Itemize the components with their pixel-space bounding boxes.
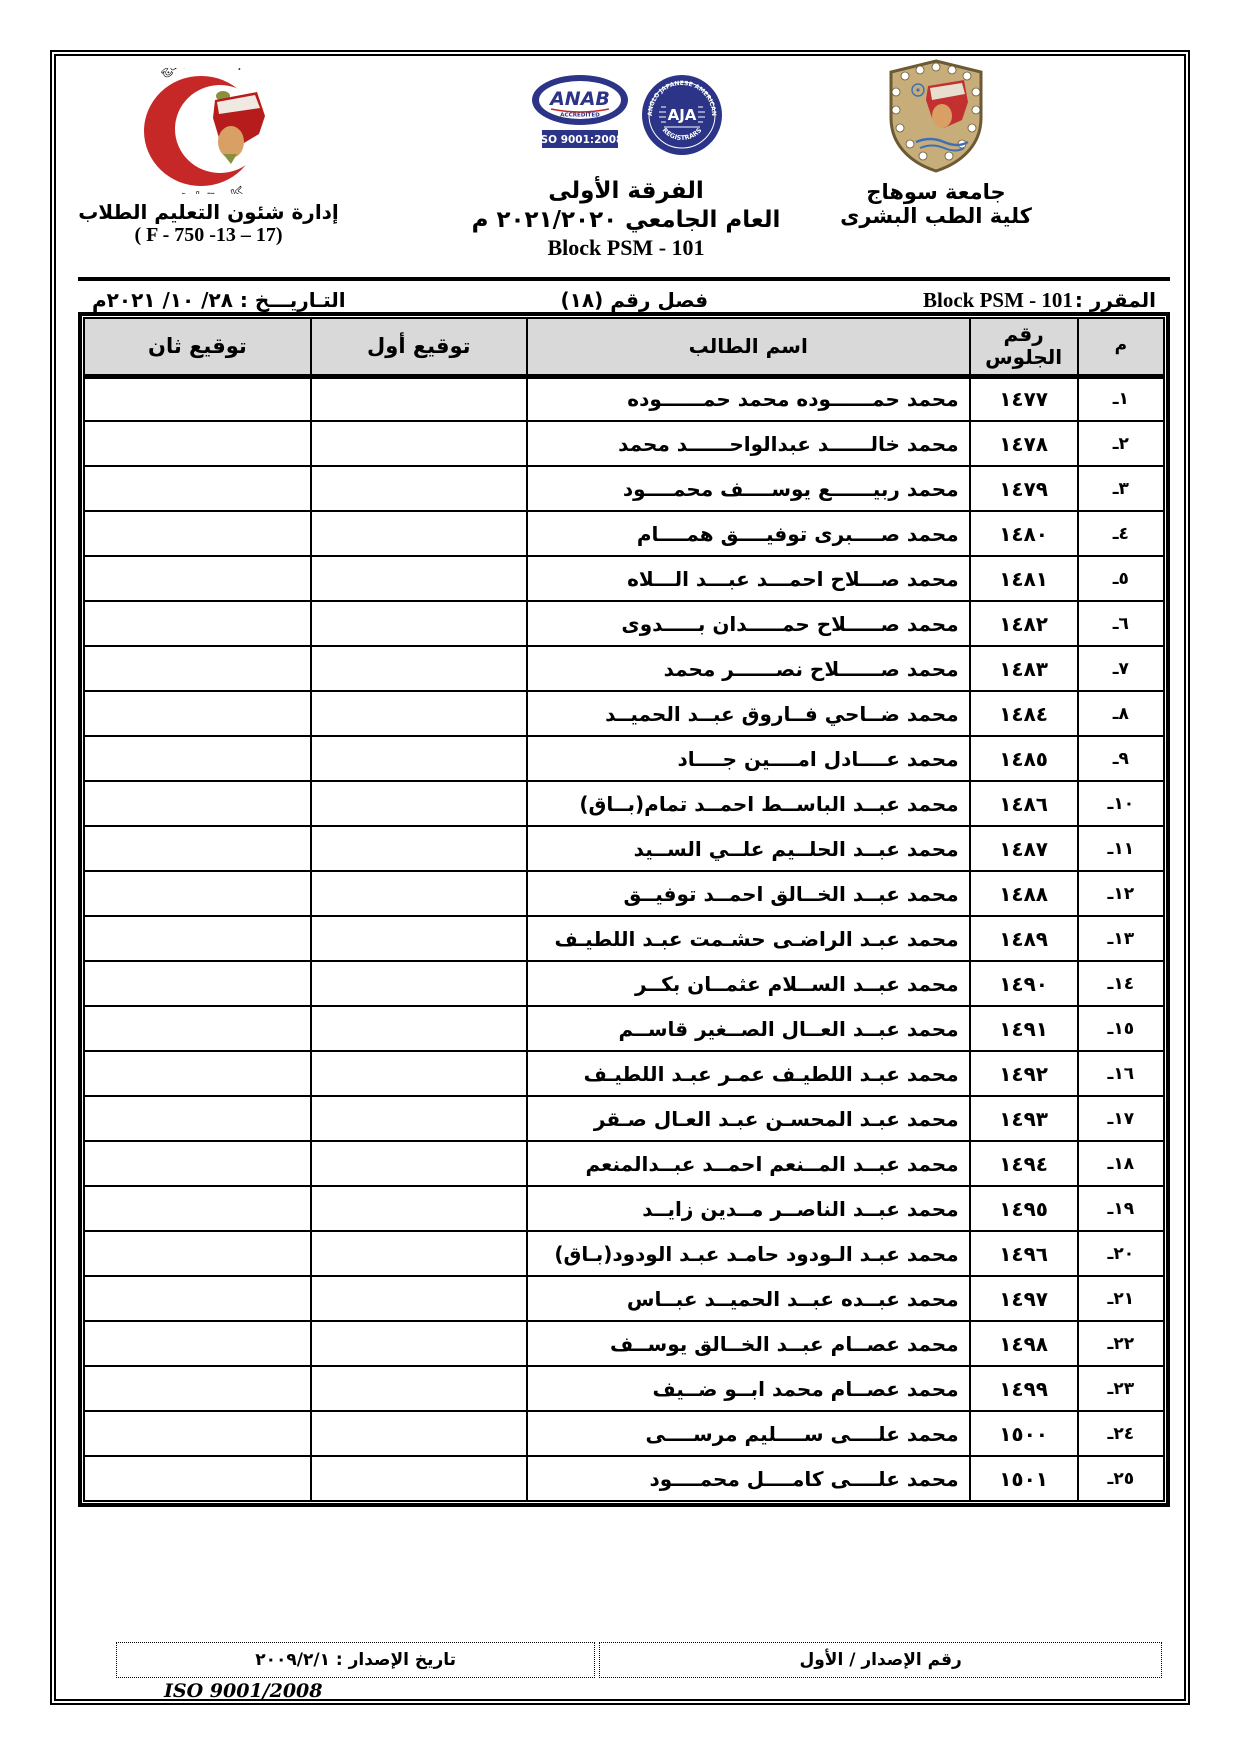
iso-standard-label: ISO 9001/2008 [164, 1680, 322, 1702]
second-signature-cell [84, 1186, 311, 1231]
second-signature-cell [84, 1276, 311, 1321]
row-index: ١٤ـ [1078, 961, 1164, 1006]
row-index: ٣ـ [1078, 466, 1164, 511]
first-signature-cell [311, 1006, 527, 1051]
first-signature-cell [311, 1366, 527, 1411]
col-header-index: م [1078, 318, 1164, 376]
first-signature-cell [311, 1276, 527, 1321]
first-signature-cell [311, 916, 527, 961]
seat-number: ١٥٠١ [970, 1456, 1078, 1501]
second-signature-cell [84, 376, 311, 421]
student-name: محمد عبــد الباســط احمــد تمام(بــاق) [527, 781, 970, 826]
row-index: ٩ـ [1078, 736, 1164, 781]
student-name: محمد علــــى ســــليم مرســــى [527, 1411, 970, 1456]
table-row: ١٢ـ ١٤٨٨ محمد عبــد الخــالق احمــد توفي… [84, 871, 1164, 916]
table-row: ٢٤ـ ١٥٠٠ محمد علــــى ســــليم مرســــى [84, 1411, 1164, 1456]
second-signature-cell [84, 826, 311, 871]
first-signature-cell [311, 601, 527, 646]
page-frame: جامعة سوهاج كلية الطب إدارة شئون التعليم… [50, 50, 1190, 1705]
student-name: محمد عصــام عبــد الخــالق يوســف [527, 1321, 970, 1366]
col-header-name: اسم الطالب [527, 318, 970, 376]
header-center-block: ANAB ACCREDITED ISO 9001:2008 [431, 74, 821, 261]
student-name: محمد ضــاحي فــاروق عبــد الحميــد [527, 691, 970, 736]
table-header-row: م رقم الجلوس اسم الطالب توقيع أول توقيع … [84, 318, 1164, 376]
seat-number: ١٤٩٤ [970, 1141, 1078, 1186]
table-row: ٢ـ ١٤٧٨ محمد خالــــــد عبدالواحــــــد … [84, 421, 1164, 466]
row-index: ٢ـ [1078, 421, 1164, 466]
academic-year: العام الجامعي ٢٠٢١/٢٠٢٠ م [431, 207, 821, 233]
second-signature-cell [84, 1411, 311, 1456]
table-row: ٤ـ ١٤٨٠ محمد صــــبرى توفيــــق همــــام [84, 511, 1164, 556]
department-line: إدارة شئون التعليم الطلاب [56, 200, 361, 224]
table-row: ١٧ـ ١٤٩٣ محمد عبـد المحسـن عبـد العـال ص… [84, 1096, 1164, 1141]
student-name: محمد عبـد الراضـى حشـمت عبـد اللطيـف [527, 916, 970, 961]
student-name: محمد ربيــــــع يوســــف محمــــود [527, 466, 970, 511]
first-signature-cell [311, 376, 527, 421]
student-name: محمد صـــــلاح حمـــــدان بـــــدوى [527, 601, 970, 646]
seat-number: ١٤٩٠ [970, 961, 1078, 1006]
seat-number: ١٤٩١ [970, 1006, 1078, 1051]
seat-number: ١٤٩٥ [970, 1186, 1078, 1231]
row-index: ١٨ـ [1078, 1141, 1164, 1186]
course-field: المقرر : Block PSM - 101 [923, 288, 1156, 313]
row-index: ١٦ـ [1078, 1051, 1164, 1096]
row-index: ٢٠ـ [1078, 1231, 1164, 1276]
seat-number: ١٤٩٨ [970, 1321, 1078, 1366]
row-index: ١٠ـ [1078, 781, 1164, 826]
row-index: ٢٤ـ [1078, 1411, 1164, 1456]
seat-number: ١٤٧٧ [970, 376, 1078, 421]
crescent-logo-bottom-text: كلية الطب [179, 185, 247, 194]
second-signature-cell [84, 511, 311, 556]
seat-number: ١٤٨٥ [970, 736, 1078, 781]
university-name: جامعة سوهاج [776, 180, 1096, 204]
student-name: محمد صــــــلاح نصــــــر محمد [527, 646, 970, 691]
col-header-second-signature: توقيع ثان [84, 318, 311, 376]
student-name: محمد عبــد المــنعم احمــد عبــدالمنعم [527, 1141, 970, 1186]
first-signature-cell [311, 1096, 527, 1141]
first-signature-cell [311, 511, 527, 556]
course-label: المقرر : [1075, 288, 1156, 313]
first-signature-cell [311, 871, 527, 916]
seat-number: ١٤٨٩ [970, 916, 1078, 961]
first-signature-cell [311, 421, 527, 466]
first-signature-cell [311, 961, 527, 1006]
aja-registrars-logo: AJA ANGLO JAPANESE AMERICAN REGISTRARS [641, 74, 723, 156]
first-signature-cell [311, 646, 527, 691]
student-name: محمد عبــد الخــالق احمــد توفيــق [527, 871, 970, 916]
seat-number: ١٤٨٤ [970, 691, 1078, 736]
student-name: محمد عــــادل امــــين جــــاد [527, 736, 970, 781]
table-row: ٢٢ـ ١٤٩٨ محمد عصــام عبــد الخــالق يوسـ… [84, 1321, 1164, 1366]
student-name: محمد عصــام محمد ابــو ضــيف [527, 1366, 970, 1411]
first-signature-cell [311, 781, 527, 826]
seat-number: ١٤٩٦ [970, 1231, 1078, 1276]
row-index: ١١ـ [1078, 826, 1164, 871]
faculty-crescent-logo: جامعة سوهاج كلية الطب [119, 68, 299, 194]
second-signature-cell [84, 1456, 311, 1501]
second-signature-cell [84, 1051, 311, 1096]
second-signature-cell [84, 1366, 311, 1411]
seat-number: ١٤٨٦ [970, 781, 1078, 826]
row-index: ٢٢ـ [1078, 1321, 1164, 1366]
seat-number: ١٤٨٨ [970, 871, 1078, 916]
row-index: ٢٣ـ [1078, 1366, 1164, 1411]
first-signature-cell [311, 1141, 527, 1186]
table-row: ٢٥ـ ١٥٠١ محمد علــــى كامــــل محمــــود [84, 1456, 1164, 1501]
student-name: محمد عبــده عبــد الحميــد عبــاس [527, 1276, 970, 1321]
first-signature-cell [311, 1186, 527, 1231]
certification-logos: ANAB ACCREDITED ISO 9001:2008 [431, 74, 821, 176]
iso-9001-badge: ISO 9001:2008 [537, 134, 624, 146]
table-row: ٢٣ـ ١٤٩٩ محمد عصــام محمد ابــو ضــيف [84, 1366, 1164, 1411]
row-index: ١ـ [1078, 376, 1164, 421]
header-right-block: جامعة سوهاج كلية الطب البشرى [776, 58, 1096, 228]
aja-wordmark: AJA [668, 106, 697, 124]
second-signature-cell [84, 916, 311, 961]
seat-number: ١٤٨٧ [970, 826, 1078, 871]
issue-date-cell: تاريخ الإصدار : ٢٠٠٩/٢/١ [116, 1642, 595, 1678]
row-index: ١٣ـ [1078, 916, 1164, 961]
table-row: ١١ـ ١٤٨٧ محمد عبــد الحلــيم علــي الســ… [84, 826, 1164, 871]
faculty-name: كلية الطب البشرى [776, 204, 1096, 228]
row-index: ١٧ـ [1078, 1096, 1164, 1141]
first-signature-cell [311, 1051, 527, 1096]
row-index: ٤ـ [1078, 511, 1164, 556]
seat-number: ١٤٩٩ [970, 1366, 1078, 1411]
seat-number: ١٤٧٩ [970, 466, 1078, 511]
second-signature-cell [84, 421, 311, 466]
grade-title: الفرقة الأولى [431, 178, 821, 204]
second-signature-cell [84, 736, 311, 781]
second-signature-cell [84, 1096, 311, 1141]
header-left-block: جامعة سوهاج كلية الطب إدارة شئون التعليم… [56, 68, 361, 247]
table-row: ٧ـ ١٤٨٣ محمد صــــــلاح نصــــــر محمد [84, 646, 1164, 691]
attendance-table: م رقم الجلوس اسم الطالب توقيع أول توقيع … [78, 312, 1170, 1507]
first-signature-cell [311, 1231, 527, 1276]
second-signature-cell [84, 646, 311, 691]
first-signature-cell [311, 1411, 527, 1456]
row-index: ٦ـ [1078, 601, 1164, 646]
first-signature-cell [311, 1456, 527, 1501]
student-name: محمد عبــد العــال الصــغير قاســم [527, 1006, 970, 1051]
first-signature-cell [311, 1321, 527, 1366]
col-header-first-signature: توقيع أول [311, 318, 527, 376]
form-code: ( F - 750 -13 – 17) [56, 224, 361, 247]
table-row: ٩ـ ١٤٨٥ محمد عــــادل امــــين جــــاد [84, 736, 1164, 781]
anab-accredited-logo: ANAB ACCREDITED ISO 9001:2008 [529, 74, 631, 152]
header-divider-rule [78, 277, 1170, 281]
row-index: ١٩ـ [1078, 1186, 1164, 1231]
table-row: ٣ـ ١٤٧٩ محمد ربيــــــع يوســــف محمــــ… [84, 466, 1164, 511]
seat-number: ١٤٧٨ [970, 421, 1078, 466]
first-signature-cell [311, 826, 527, 871]
seat-number: ١٤٨٢ [970, 601, 1078, 646]
info-bar: المقرر : Block PSM - 101 فصل رقم (١٨) ال… [78, 287, 1170, 313]
student-name: محمد عبـد اللطيـف عمـر عبـد اللطيـف [527, 1051, 970, 1096]
student-name: محمد علــــى كامــــل محمــــود [527, 1456, 970, 1501]
student-name: محمد عبــد الناصــر مــدين زايــد [527, 1186, 970, 1231]
row-index: ١٥ـ [1078, 1006, 1164, 1051]
seat-number: ١٤٨٠ [970, 511, 1078, 556]
issue-number-cell: رقم الإصدار / الأول [599, 1642, 1162, 1678]
second-signature-cell [84, 1231, 311, 1276]
student-name: محمد عبـد المحسـن عبـد العـال صـقر [527, 1096, 970, 1141]
first-signature-cell [311, 556, 527, 601]
student-name: محمد عبــد الحلــيم علــي الســيد [527, 826, 970, 871]
table-row: ١٩ـ ١٤٩٥ محمد عبــد الناصــر مــدين زايـ… [84, 1186, 1164, 1231]
student-name: محمد صــــبرى توفيــــق همــــام [527, 511, 970, 556]
first-signature-cell [311, 691, 527, 736]
row-index: ٢١ـ [1078, 1276, 1164, 1321]
second-signature-cell [84, 466, 311, 511]
section-number: فصل رقم (١٨) [561, 288, 709, 312]
row-index: ٨ـ [1078, 691, 1164, 736]
table-row: ٦ـ ١٤٨٢ محمد صـــــلاح حمـــــدان بـــــ… [84, 601, 1164, 646]
seat-number: ١٤٩٧ [970, 1276, 1078, 1321]
student-name: محمد عبـد الـودود حامـد عبـد الودود(بـاق… [527, 1231, 970, 1276]
second-signature-cell [84, 601, 311, 646]
table-row: ١٣ـ ١٤٨٩ محمد عبـد الراضـى حشـمت عبـد ال… [84, 916, 1164, 961]
table-row: ١٦ـ ١٤٩٢ محمد عبـد اللطيـف عمـر عبـد الل… [84, 1051, 1164, 1096]
student-name: محمد صـــلاح احمـــد عبـــد الـــلاه [527, 556, 970, 601]
row-index: ١٢ـ [1078, 871, 1164, 916]
second-signature-cell [84, 781, 311, 826]
seat-number: ١٥٠٠ [970, 1411, 1078, 1456]
table-row: ٨ـ ١٤٨٤ محمد ضــاحي فــاروق عبــد الحميـ… [84, 691, 1164, 736]
seat-number: ١٤٩٢ [970, 1051, 1078, 1096]
sohag-university-shield-logo [880, 58, 992, 174]
second-signature-cell [84, 1006, 311, 1051]
block-course-title: Block PSM - 101 [431, 235, 821, 261]
seat-number: ١٤٨٣ [970, 646, 1078, 691]
student-name: محمد عبــد الســلام عثمــان بكــر [527, 961, 970, 1006]
anab-wordmark: ANAB [548, 88, 610, 110]
seat-number: ١٤٨١ [970, 556, 1078, 601]
col-header-seat: رقم الجلوس [970, 318, 1078, 376]
svg-text:كلية الطب: كلية الطب [179, 185, 247, 194]
footer-bar: رقم الإصدار / الأول تاريخ الإصدار : ٢٠٠٩… [116, 1642, 1162, 1678]
anab-accredited-text: ACCREDITED [560, 113, 600, 119]
second-signature-cell [84, 1321, 311, 1366]
second-signature-cell [84, 961, 311, 1006]
table-row: ١٠ـ ١٤٨٦ محمد عبــد الباســط احمــد تمام… [84, 781, 1164, 826]
second-signature-cell [84, 1141, 311, 1186]
second-signature-cell [84, 691, 311, 736]
table-row: ١٨ـ ١٤٩٤ محمد عبــد المــنعم احمــد عبــ… [84, 1141, 1164, 1186]
table-row: ٢١ـ ١٤٩٧ محمد عبــده عبــد الحميــد عبــ… [84, 1276, 1164, 1321]
table-row: ٥ـ ١٤٨١ محمد صـــلاح احمـــد عبـــد الــ… [84, 556, 1164, 601]
row-index: ٥ـ [1078, 556, 1164, 601]
table-row: ١٤ـ ١٤٩٠ محمد عبــد الســلام عثمــان بكـ… [84, 961, 1164, 1006]
course-code: Block PSM - 101 [923, 288, 1073, 313]
first-signature-cell [311, 736, 527, 781]
date-field: التـاريـــخ : ٢٨/ ١٠/ ٢٠٢١م [92, 288, 346, 312]
table-row: ٢٠ـ ١٤٩٦ محمد عبـد الـودود حامـد عبـد ال… [84, 1231, 1164, 1276]
student-table-body: ١ـ ١٤٧٧ محمد حمــــــوده محمد حمــــــود… [84, 376, 1164, 1501]
row-index: ٢٥ـ [1078, 1456, 1164, 1501]
student-name: محمد حمــــــوده محمد حمــــــوده [527, 376, 970, 421]
second-signature-cell [84, 871, 311, 916]
row-index: ٧ـ [1078, 646, 1164, 691]
second-signature-cell [84, 556, 311, 601]
table-row: ١ـ ١٤٧٧ محمد حمــــــوده محمد حمــــــود… [84, 376, 1164, 421]
student-name: محمد خالــــــد عبدالواحــــــد محمد [527, 421, 970, 466]
seat-number: ١٤٩٣ [970, 1096, 1078, 1141]
table-row: ١٥ـ ١٤٩١ محمد عبــد العــال الصــغير قاس… [84, 1006, 1164, 1051]
first-signature-cell [311, 466, 527, 511]
